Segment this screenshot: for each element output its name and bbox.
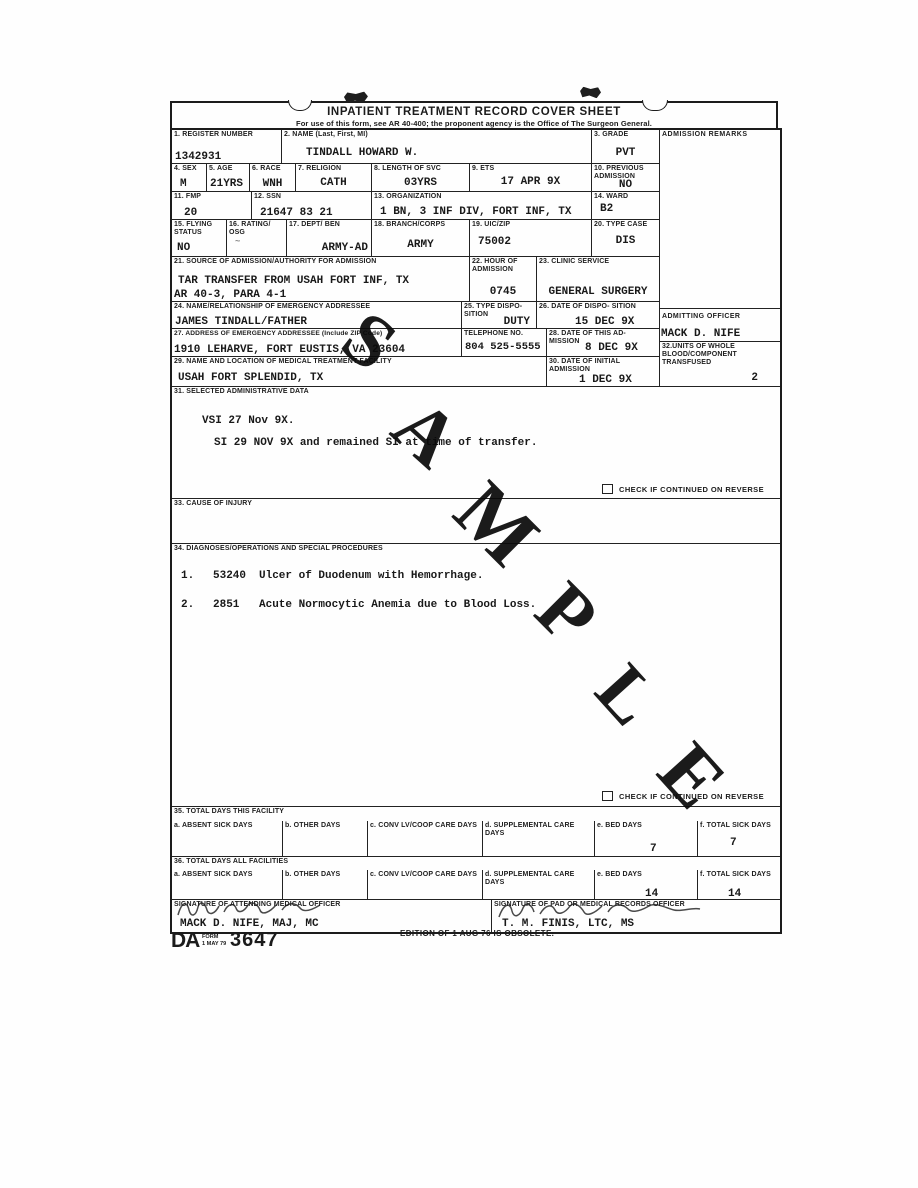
section-label: 33. CAUSE OF INJURY — [174, 500, 254, 508]
field-emergency-address: 27. ADDRESS OF EMERGENCY ADDRESSEE (Incl… — [172, 329, 462, 357]
cell-label: f. TOTAL SICK DAYS — [700, 822, 773, 830]
totals-cell: e. BED DAYS 7 — [594, 821, 697, 857]
signature-attending-officer: SIGNATURE OF ATTENDING MEDICAL OFFICER M… — [172, 900, 492, 932]
totals-cell: f. TOTAL SICK DAYS 14 — [697, 870, 780, 900]
field-hour-of-admission: 22. HOUR OF ADMISSION 0745 — [470, 257, 537, 302]
field-dept-ben: 17. DEPT/ BEN ARMY-AD — [287, 220, 372, 257]
field-value: ~ — [235, 237, 240, 247]
diagnosis-num: 2. — [181, 599, 194, 611]
field-value: 75002 — [478, 236, 511, 248]
field-label: 22. HOUR OF ADMISSION — [472, 258, 536, 274]
totals-cell: a. ABSENT SICK DAYS — [172, 821, 282, 857]
field-date-this-admission: 28. DATE OF THIS AD- MISSION 8 DEC 9X — [547, 329, 660, 357]
field-label: ADMISSION REMARKS — [662, 131, 750, 139]
field-value: GENERAL SURGERY — [537, 286, 659, 298]
field-label: 2. NAME (Last, First, MI) — [284, 131, 370, 139]
diagnosis-text: Acute Normocytic Anemia due to Blood Los… — [259, 599, 536, 611]
field-label: 16. RATING/ OSG — [229, 221, 286, 237]
form-number-prefix: DA — [171, 929, 199, 953]
handwritten-signature — [494, 898, 704, 924]
field-label: 7. RELIGION — [298, 165, 343, 173]
field-label: 21. SOURCE OF ADMISSION/AUTHORITY FOR AD… — [174, 258, 378, 266]
field-ward: 14. WARD B2 — [592, 192, 660, 220]
cell-label: e. BED DAYS — [597, 822, 644, 830]
cell-label: d. SUPPLEMENTAL CARE DAYS — [485, 871, 594, 887]
field-value: 21647 83 21 — [260, 207, 333, 219]
field-value: M — [180, 178, 187, 190]
field-length-of-svc: 8. LENGTH OF SVC 03YRS — [372, 164, 470, 192]
field-value: 2 — [751, 372, 758, 384]
section-label: 31. SELECTED ADMINISTRATIVE DATA — [174, 388, 311, 396]
field-admission-remarks: ADMISSION REMARKS — [660, 130, 780, 309]
form-number: 3647 — [230, 929, 279, 952]
field-label: 24. NAME/RELATIONSHIP OF EMERGENCY ADDRE… — [174, 303, 372, 311]
field-label: 9. ETS — [472, 165, 496, 173]
section-label: 36. TOTAL DAYS ALL FACILITIES — [174, 858, 290, 866]
handwritten-signature — [174, 897, 324, 921]
section-label: 34. DIAGNOSES/OPERATIONS AND SPECIAL PRO… — [174, 545, 385, 553]
field-value: CATH — [296, 177, 371, 189]
field-emergency-addressee: 24. NAME/RELATIONSHIP OF EMERGENCY ADDRE… — [172, 302, 462, 329]
edition-note: EDITION OF 1 AUG 76 IS OBSOLETE. — [400, 929, 554, 938]
form-subtitle: For use of this form, see AR 40-400; the… — [172, 119, 776, 128]
form-label: FORM — [202, 934, 218, 940]
checkbox-icon — [602, 484, 613, 494]
field-label: 6. RACE — [252, 165, 283, 173]
field-label: 13. ORGANIZATION — [374, 193, 444, 201]
cell-label: d. SUPPLEMENTAL CARE DAYS — [485, 822, 594, 838]
field-name: 2. NAME (Last, First, MI) TINDALL HOWARD… — [282, 130, 592, 164]
field-admitting-officer: ADMITTING OFFICER MACK D. NIFE — [660, 309, 780, 342]
field-value: MACK D. NIFE — [661, 328, 740, 340]
field-type-case: 20. TYPE CASE DIS — [592, 220, 660, 257]
cell-label: c. CONV LV/COOP CARE DAYS — [370, 822, 479, 830]
field-age: 5. AGE 21YRS — [207, 164, 250, 192]
field-date-of-disposition: 26. DATE OF DISPO- SITION 15 DEC 9X — [537, 302, 660, 329]
totals-cell: d. SUPPLEMENTAL CARE DAYS — [482, 870, 594, 900]
cell-value: 14 — [728, 888, 741, 900]
cell-label: c. CONV LV/COOP CARE DAYS — [370, 871, 479, 879]
totals-cell: c. CONV LV/COOP CARE DAYS — [367, 821, 482, 857]
field-telephone: TELEPHONE NO. 804 525-5555 — [462, 329, 547, 357]
field-value: 804 525-5555 — [465, 341, 541, 353]
field-value: JAMES TINDALL/FATHER — [175, 316, 307, 328]
form-number-stack: FORM 1 MAY 79 — [202, 934, 226, 948]
scanned-form-page: INPATIENT TREATMENT RECORD COVER SHEET F… — [0, 0, 918, 1188]
form-title: INPATIENT TREATMENT RECORD COVER SHEET — [172, 106, 776, 118]
section-totals-all-facilities: 36. TOTAL DAYS ALL FACILITIES a. ABSENT … — [172, 857, 780, 900]
diagnosis-num: 1. — [181, 570, 194, 582]
field-branch-corps: 18. BRANCH/CORPS ARMY — [372, 220, 470, 257]
field-label: 26. DATE OF DISPO- SITION — [539, 303, 638, 311]
admin-data-line: VSI 27 Nov 9X. — [202, 415, 294, 427]
field-label: 19. UIC/ZIP — [472, 221, 512, 229]
form-title-strip: INPATIENT TREATMENT RECORD COVER SHEET F… — [170, 101, 778, 128]
cell-value: 7 — [650, 843, 657, 855]
totals-cell: a. ABSENT SICK DAYS — [172, 870, 282, 900]
field-value: 0745 — [470, 286, 536, 298]
field-label: 32.UNITS OF WHOLE BLOOD/COMPONENT TRANSF… — [662, 343, 780, 366]
field-value: ARMY — [372, 239, 469, 251]
field-value: DIS — [592, 235, 659, 247]
cell-label: e. BED DAYS — [597, 871, 644, 879]
cell-label: a. ABSENT SICK DAYS — [174, 871, 255, 879]
field-label: 1. REGISTER NUMBER — [174, 131, 255, 139]
section-selected-admin-data: 31. SELECTED ADMINISTRATIVE DATA VSI 27 … — [172, 387, 780, 499]
field-label: TELEPHONE NO. — [464, 330, 525, 338]
field-rating-osg: 16. RATING/ OSG ~ — [227, 220, 287, 257]
field-label: 18. BRANCH/CORPS — [374, 221, 447, 229]
field-grade: 3. GRADE PVT — [592, 130, 660, 164]
field-units-transfused: 32.UNITS OF WHOLE BLOOD/COMPONENT TRANSF… — [660, 342, 780, 387]
field-label: 8. LENGTH OF SVC — [374, 165, 443, 173]
field-type-disposition: 25. TYPE DISPO- SITION DUTY — [462, 302, 537, 329]
field-value: 1342931 — [175, 151, 221, 163]
field-sex: 4. SEX M — [172, 164, 207, 192]
field-label: 30. DATE OF INITIAL ADMISSION — [549, 358, 659, 374]
totals-cell: c. CONV LV/COOP CARE DAYS — [367, 870, 482, 900]
field-label: ADMITTING OFFICER — [662, 313, 742, 321]
field-clinic-service: 23. CLINIC SERVICE GENERAL SURGERY — [537, 257, 660, 302]
field-label: 5. AGE — [209, 165, 235, 173]
section-label: 35. TOTAL DAYS THIS FACILITY — [174, 808, 286, 816]
field-label: 4. SEX — [174, 165, 199, 173]
section-totals-this-facility: 35. TOTAL DAYS THIS FACILITY a. ABSENT S… — [172, 807, 780, 857]
field-value: 1 DEC 9X — [579, 374, 632, 386]
diagnosis-text: Ulcer of Duodenum with Hemorrhage. — [259, 570, 483, 582]
field-value: USAH FORT SPLENDID, TX — [178, 372, 323, 384]
cell-value: 7 — [730, 837, 737, 849]
diagnosis-code: 2851 — [213, 599, 239, 611]
cell-label: b. OTHER DAYS — [285, 822, 342, 830]
field-date-initial-admission: 30. DATE OF INITIAL ADMISSION 1 DEC 9X — [547, 357, 660, 387]
field-race: 6. RACE WNH — [250, 164, 296, 192]
field-value: PVT — [592, 147, 659, 159]
field-organization: 13. ORGANIZATION 1 BN, 3 INF DIV, FORT I… — [372, 192, 592, 220]
admin-data-line: SI 29 NOV 9X and remained SI at time of … — [214, 437, 537, 449]
field-value: 15 DEC 9X — [575, 316, 634, 328]
field-label: 17. DEPT/ BEN — [289, 221, 342, 229]
field-value: WNH — [250, 178, 295, 190]
checkbox-icon — [602, 791, 613, 801]
field-value: NO — [177, 242, 190, 254]
field-value: 8 DEC 9X — [585, 342, 638, 354]
form-date: 1 MAY 79 — [202, 941, 226, 947]
field-ets: 9. ETS 17 APR 9X — [470, 164, 592, 192]
field-value: 20 — [184, 207, 197, 219]
signature-records-officer: SIGNATURE OF PAD OR MEDICAL RECORDS OFFI… — [492, 900, 780, 932]
field-value: B2 — [600, 203, 613, 215]
field-value-line2: AR 40-3, PARA 4-1 — [174, 289, 286, 301]
staple-icon — [580, 87, 601, 99]
continued-checkbox-label: CHECK IF CONTINUED ON REVERSE — [619, 485, 764, 494]
field-value: 21YRS — [210, 178, 243, 190]
field-label: 20. TYPE CASE — [594, 221, 649, 229]
totals-cell: b. OTHER DAYS — [282, 870, 367, 900]
field-label: 14. WARD — [594, 193, 630, 201]
field-label: 15. FLYING STATUS — [174, 221, 226, 237]
continued-checkbox-row: CHECK IF CONTINUED ON REVERSE — [602, 484, 764, 494]
field-religion: 7. RELIGION CATH — [296, 164, 372, 192]
totals-cell: b. OTHER DAYS — [282, 821, 367, 857]
field-value: TINDALL HOWARD W. — [306, 147, 418, 159]
totals-cell: d. SUPPLEMENTAL CARE DAYS — [482, 821, 594, 857]
field-value: 1 BN, 3 INF DIV, FORT INF, TX — [380, 206, 571, 218]
field-register-number: 1. REGISTER NUMBER 1342931 — [172, 130, 282, 164]
field-label: 11. FMP — [174, 193, 203, 201]
field-label: 3. GRADE — [594, 131, 630, 139]
field-value: 17 APR 9X — [470, 176, 591, 188]
cell-label: b. OTHER DAYS — [285, 871, 342, 879]
field-value: ARMY-AD — [322, 242, 368, 254]
field-value: 03YRS — [372, 177, 469, 189]
field-label: 12. SSN — [254, 193, 283, 201]
field-label: 23. CLINIC SERVICE — [539, 258, 611, 266]
field-previous-admission: 10. PREVIOUS ADMISSION NO — [592, 164, 660, 192]
field-ssn: 12. SSN 21647 83 21 — [252, 192, 372, 220]
field-source-of-admission: 21. SOURCE OF ADMISSION/AUTHORITY FOR AD… — [172, 257, 470, 302]
cell-label: a. ABSENT SICK DAYS — [174, 822, 255, 830]
field-uic-zip: 19. UIC/ZIP 75002 — [470, 220, 592, 257]
field-value: NO — [592, 179, 659, 191]
field-value: DUTY — [504, 316, 530, 328]
totals-cell: f. TOTAL SICK DAYS 7 — [697, 821, 780, 857]
field-flying-status: 15. FLYING STATUS NO — [172, 220, 227, 257]
cell-label: f. TOTAL SICK DAYS — [700, 871, 773, 879]
totals-cell: e. BED DAYS 14 — [594, 870, 697, 900]
field-fmp: 11. FMP 20 — [172, 192, 252, 220]
diagnosis-code: 53240 — [213, 570, 246, 582]
field-value-line1: TAR TRANSFER FROM USAH FORT INF, TX — [178, 275, 409, 287]
